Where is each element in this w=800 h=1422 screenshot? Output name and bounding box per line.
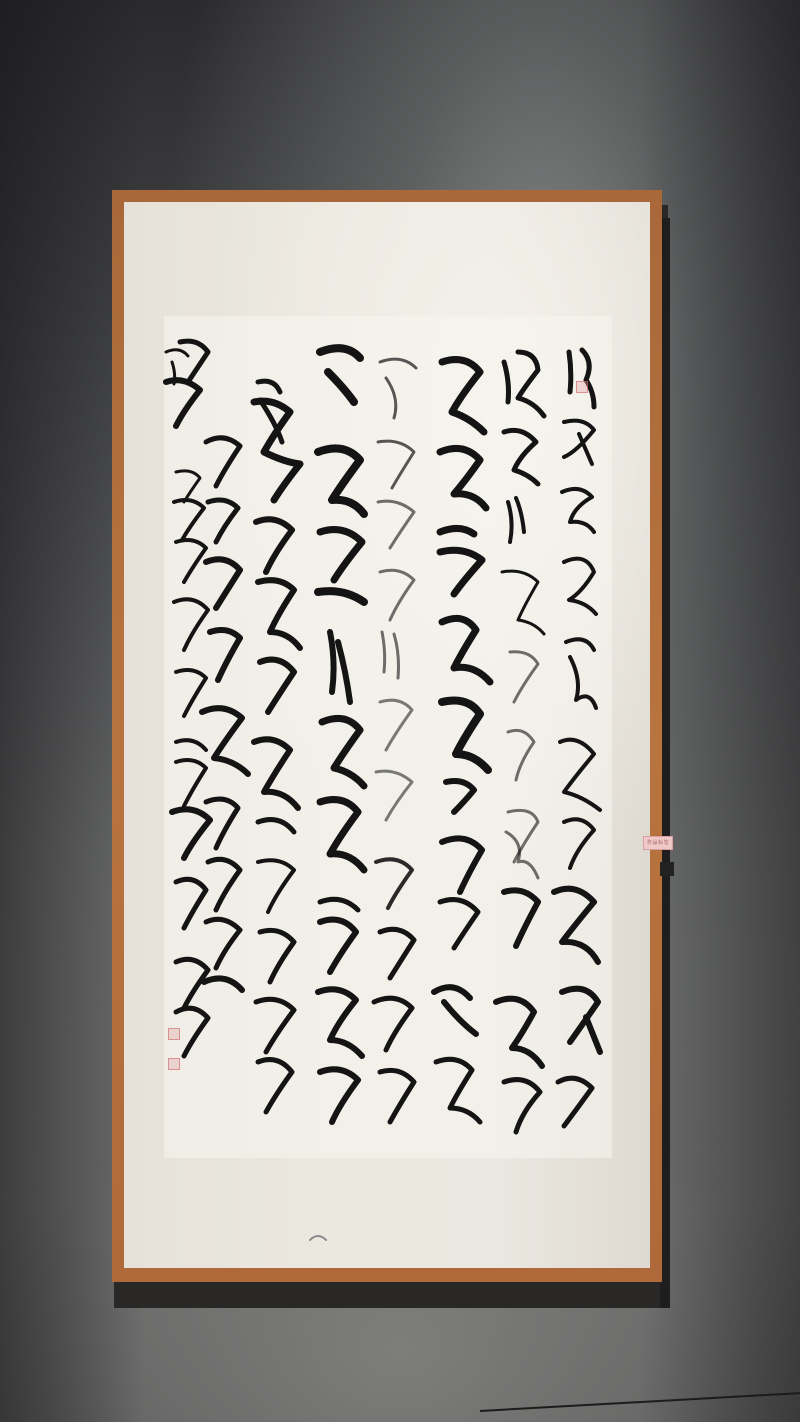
wall-mount-pin [660,862,674,876]
column-4 [374,359,416,1122]
seal-upper-right [576,381,588,393]
column-5 [318,348,364,1122]
calligraphy-paper [124,202,650,1268]
seal-signature-1 [168,1028,180,1040]
seal-signature-2 [168,1058,180,1070]
column-7-inscription [202,438,248,990]
column-1 [554,350,600,1126]
column-8-inscription [166,341,210,1056]
column-2 [496,352,544,1132]
cursive-calligraphy-strokes [124,202,650,1268]
column-6 [254,381,300,1112]
column-3 [434,360,490,1122]
faint-mark [310,1236,326,1240]
artwork-label-tag: 作品标签 [643,836,673,850]
